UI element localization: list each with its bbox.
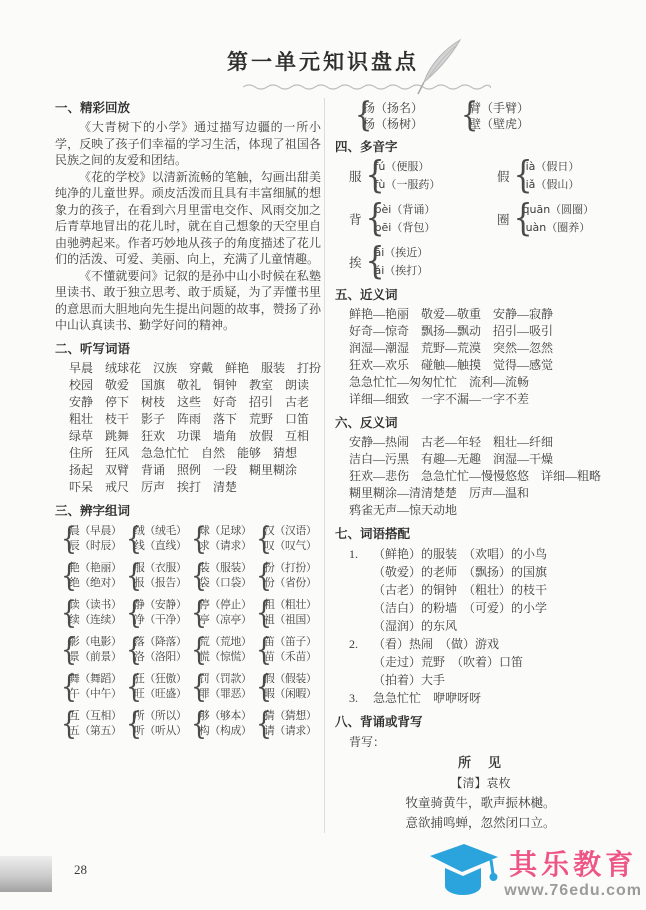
duoyinzi-row: 挨 { āi（挨近）ái（挨打）	[349, 244, 626, 280]
brace-glyph: {	[61, 705, 69, 743]
synonym-line: 详细—细致 一字不漏—一字不差	[335, 391, 626, 408]
graduation-cap-icon	[428, 844, 498, 906]
brace-glyph: {	[366, 154, 375, 199]
feather-icon	[416, 38, 468, 96]
brace-glyph: {	[461, 96, 469, 136]
synonym-line: 狂欢—欢乐 碰触—触摸 觉得—感觉	[335, 357, 626, 374]
collocation-line: （洁白）的粉墙 （可爱）的小学	[373, 599, 626, 617]
bianzi-group: {够（够本）构（构成）	[191, 709, 256, 739]
dictation-line: 粗壮 枝干 影子 阵雨 落下 荒野 口笛	[55, 411, 321, 428]
highlight-paragraph: 《花的学校》以清新流畅的笔触，勾画出甜美纯净的儿童世界。顽皮活泼而且具有丰富细腻…	[55, 169, 321, 268]
brace-glyph: {	[256, 594, 264, 632]
bianzi-group: {晨（早晨）辰（时辰）	[61, 524, 126, 554]
poem-author: 【清】袁枚	[335, 773, 626, 793]
bianzi-group: {汉（汉语）叹（叹气）	[256, 524, 321, 554]
pinyin-reading: juàn（圈养）	[523, 219, 595, 237]
pinyin-reading: quān（圆圈）	[523, 201, 595, 219]
bianzi-group: {落（降落）洛（洛阳）	[126, 635, 191, 665]
brace-glyph: {	[355, 96, 363, 136]
brace-glyph: {	[514, 197, 523, 242]
bianzi-word: 扬（扬名）	[363, 100, 423, 116]
bianzi-row: {互（互相）五（第五） {所（所以）听（听从） {够（够本）构（构成） {猜（猜…	[61, 709, 321, 739]
bianzi-group: {假（假装）暇（闲暇）	[256, 672, 321, 702]
brace-glyph: {	[126, 520, 134, 558]
item-number: 3.	[349, 689, 373, 707]
bianzi-row: {舞（舞蹈）午（中午） {狂（狂傲）旺（旺盛） {罚（罚款）罪（罪恶） {假（假…	[61, 672, 321, 702]
bianzi-row: {影（电影）景（前景） {落（降落）洛（洛阳） {荒（荒地）慌（惊慌） {笛（笛…	[61, 635, 321, 665]
worksheet-page: 第一单元知识盘点 一、精彩回放 《大青树下的小学》通过描写边疆的一所小学，反映了…	[0, 0, 646, 910]
content-columns: 一、精彩回放 《大青树下的小学》通过描写边疆的一所小学，反映了孩子们幸福的学习生…	[0, 98, 646, 833]
synonym-line: 鲜艳—艳丽 敬爱—敬重 安静—寂静	[335, 306, 626, 323]
brace-glyph: {	[191, 705, 199, 743]
section-heading-collocations: 七、词语搭配	[335, 526, 626, 542]
brand-text-block: 其乐教育 www.76edu.com	[504, 849, 642, 901]
highlight-paragraph: 《不懂就要问》记叙的是孙中山小时候在私塾里读书、敢于独立思考、敢于质疑，为了弄懂…	[55, 268, 321, 334]
dictation-line: 吓呆 戒尺 厉声 挨打 清楚	[55, 479, 321, 496]
bianzi-group: {互（互相）五（第五）	[61, 709, 126, 739]
brace-glyph: {	[126, 668, 134, 706]
dictation-line: 绿草 跳舞 狂欢 功课 墙角 放假 互相	[55, 428, 321, 445]
brace-glyph: {	[256, 668, 264, 706]
bianzi-row: {读（读书）续（连续） {静（安静）净（干净） {停（停止）亭（凉亭） {粗（粗…	[61, 598, 321, 628]
synonym-line: 润湿—潮湿 荒野—荒漠 突然—忽然	[335, 340, 626, 357]
duoyinzi-char: 假	[497, 167, 510, 185]
duoyinzi-char: 背	[349, 210, 362, 228]
brace-glyph: {	[191, 631, 199, 669]
duoyinzi-char: 服	[349, 167, 362, 185]
bianzi-row-continued: {扬（扬名）杨（杨树） {臂（手臂）壁（壁虎）	[355, 100, 626, 132]
bianzi-group: {粗（粗壮）祖（祖国）	[256, 598, 321, 628]
antonym-line: 安静—热闹 古老—年轻 粗壮—纤细	[335, 434, 626, 451]
highlight-paragraph: 《大青树下的小学》通过描写边疆的一所小学，反映了孩子们幸福的学习生活，体现了祖国…	[55, 119, 321, 169]
bianzi-group: {笛（笛子）苗（禾苗）	[256, 635, 321, 665]
antonym-line: 糊里糊涂—清清楚楚 厉声—温和	[335, 485, 626, 502]
brace-glyph: {	[191, 594, 199, 632]
duoyinzi-char: 挨	[349, 253, 362, 271]
collocation-line: （看）热闹 （做）游戏	[373, 635, 626, 653]
section-heading-synonyms: 五、近义词	[335, 287, 626, 303]
bianzi-group: {影（电影）景（前景）	[61, 635, 126, 665]
bianzi-group: {舞（舞蹈）午（中午）	[61, 672, 126, 702]
antonym-line: 狂欢—悲伤 急急忙忙—慢慢悠悠 详细—粗略	[335, 468, 626, 485]
bianzi-group: {装（服装）袋（口袋）	[191, 561, 256, 591]
brace-glyph: {	[191, 520, 199, 558]
duoyinzi-char: 圈	[497, 210, 510, 228]
brand-logo: 其乐教育 www.76edu.com	[428, 844, 642, 906]
duoyinzi-item: 服 { fú（便服）fù（一服药）	[349, 158, 497, 194]
dictation-line: 扬起 双臂 背诵 照例 一段 糊里糊涂	[55, 462, 321, 479]
duoyinzi-item: 圈 { quān（圆圈）juàn（圈养）	[497, 201, 594, 237]
duoyinzi-item: 挨 { āi（挨近）ái（挨打）	[349, 244, 497, 280]
bianzi-group: {扬（扬名）杨（杨树）	[355, 100, 461, 132]
bianzi-group: {停（停止）亭（凉亭）	[191, 598, 256, 628]
brace-glyph: {	[256, 557, 264, 595]
dictation-line: 校园 敬爱 国旗 敬礼 铜钟 教室 朗读	[55, 377, 321, 394]
duoyinzi-item: 假 { jià（假日）jiǎ（假山）	[497, 158, 579, 194]
collocation-line: （拍着）大手	[373, 671, 626, 689]
bianzi-group: {臂（手臂）壁（壁虎）	[461, 100, 567, 132]
dictation-line: 安静 停下 树枝 这些 好奇 招引 古老	[55, 394, 321, 411]
dictation-line: 早晨 绒球花 汉族 穿戴 鲜艳 服装 打扮	[55, 360, 321, 377]
brace-glyph: {	[256, 631, 264, 669]
recite-label: 背写：	[335, 733, 626, 751]
page-title: 第一单元知识盘点	[0, 46, 646, 76]
collocation-line: （古老）的铜钟 （粗壮）的枝干	[373, 581, 626, 599]
poem-line: 意欲捕鸣蝉，忽然闭口立。	[335, 813, 626, 833]
brand-url: www.76edu.com	[504, 881, 642, 901]
bianzi-group: {艳（艳丽）绝（绝对）	[61, 561, 126, 591]
brace-glyph: {	[366, 240, 375, 285]
brace-glyph: {	[191, 557, 199, 595]
antonym-line: 鸦雀无声—惊天动地	[335, 502, 626, 519]
poem-line: 牧童骑黄牛，歌声振林樾。	[335, 793, 626, 813]
bianzi-group: {罚（罚款）罪（罪恶）	[191, 672, 256, 702]
bianzi-group: {读（读书）续（连续）	[61, 598, 126, 628]
brace-glyph: {	[61, 557, 69, 595]
brace-glyph: {	[366, 197, 375, 242]
right-column: {扬（扬名）杨（杨树） {臂（手臂）壁（壁虎） 四、多音字 服 { fú（便服）…	[325, 98, 626, 833]
page-header: 第一单元知识盘点	[0, 0, 646, 98]
page-corner-bar	[0, 856, 52, 892]
collocation-line: （走过）荒野 （吹着）口笛	[373, 653, 626, 671]
collocation-line: 急急忙忙 咿咿呀呀	[373, 689, 626, 707]
bianzi-group: {荒（荒地）慌（惊慌）	[191, 635, 256, 665]
bianzi-group: {绒（绒毛）线（直线）	[126, 524, 191, 554]
collocation-line: （鲜艳）的服装 （欢唱）的小鸟	[373, 545, 626, 563]
section-heading-dictation: 二、听写词语	[55, 341, 321, 357]
brace-glyph: {	[126, 631, 134, 669]
collocation-line: （敬爱）的老师 （飘扬）的国旗	[373, 563, 626, 581]
synonym-line: 急急忙忙—匆匆忙忙 流利—流畅	[335, 374, 626, 391]
antonym-line: 洁白—污黑 有趣—无趣 润湿—干燥	[335, 451, 626, 468]
bianzi-row: {晨（早晨）辰（时辰） {绒（绒毛）线（直线） {球（足球）求（请求） {汉（汉…	[61, 524, 321, 554]
duoyinzi-row: 背 { bèi（背诵）bēi（背包） 圈 { quān（圆圈）juàn（圈养）	[349, 201, 626, 237]
bianzi-word: 杨（杨树）	[363, 116, 423, 132]
bianzi-group: {扮（打扮）份（省份）	[256, 561, 321, 591]
poem: 所 见 【清】袁枚 牧童骑黄牛，歌声振林樾。 意欲捕鸣蝉，忽然闭口立。	[335, 753, 626, 833]
brace-glyph: {	[126, 705, 134, 743]
brace-glyph: {	[126, 594, 134, 632]
collocation-item: 3. 急急忙忙 咿咿呀呀	[335, 689, 626, 707]
brace-glyph: {	[256, 705, 264, 743]
section-heading-distinguish: 三、辨字组词	[55, 503, 321, 519]
poem-title: 所 见	[335, 753, 626, 773]
duoyinzi-row: 服 { fú（便服）fù（一服药） 假 { jià（假日）jiǎ（假山）	[349, 158, 626, 194]
bianzi-group: {狂（狂傲）旺（旺盛）	[126, 672, 191, 702]
brace-glyph: {	[191, 668, 199, 706]
bianzi-group: {静（安静）净（干净）	[126, 598, 191, 628]
bianzi-group: {所（所以）听（听从）	[126, 709, 191, 739]
brace-glyph: {	[256, 520, 264, 558]
brace-glyph: {	[61, 631, 69, 669]
bianzi-group: {猜（猜想）请（请求）	[256, 709, 321, 739]
bianzi-group: {球（足球）求（请求）	[191, 524, 256, 554]
dictation-line: 住所 狂风 急急忙忙 自然 能够 猜想	[55, 445, 321, 462]
brace-glyph: {	[61, 594, 69, 632]
page-number: 28	[74, 862, 87, 878]
bianzi-word: 壁（壁虎）	[469, 116, 529, 132]
synonym-line: 好奇—惊奇 飘扬—飘动 招引—吸引	[335, 323, 626, 340]
duoyinzi-item: 背 { bèi（背诵）bēi（背包）	[349, 201, 497, 237]
brace-glyph: {	[126, 557, 134, 595]
section-heading-antonyms: 六、反义词	[335, 415, 626, 431]
left-column: 一、精彩回放 《大青树下的小学》通过描写边疆的一所小学，反映了孩子们幸福的学习生…	[55, 98, 321, 833]
brand-name: 其乐教育	[509, 849, 637, 881]
brace-glyph: {	[61, 520, 69, 558]
bianzi-group: {服（衣服）报（报告）	[126, 561, 191, 591]
collocation-item: 1. （鲜艳）的服装 （欢唱）的小鸟 （敬爱）的老师 （飘扬）的国旗 （古老）的…	[335, 545, 626, 635]
section-heading-highlights: 一、精彩回放	[55, 100, 321, 116]
bianzi-word: 臂（手臂）	[469, 100, 529, 116]
item-number: 2.	[349, 635, 373, 689]
bianzi-row: {艳（艳丽）绝（绝对） {服（衣服）报（报告） {装（服装）袋（口袋） {扮（打…	[61, 561, 321, 591]
brace-glyph: {	[514, 154, 523, 199]
brace-glyph: {	[61, 668, 69, 706]
collocation-line: （湿润）的东风	[373, 617, 626, 635]
section-heading-recite: 八、背诵或背写	[335, 714, 626, 730]
collocation-item: 2. （看）热闹 （做）游戏 （走过）荒野 （吹着）口笛 （拍着）大手	[335, 635, 626, 689]
item-number: 1.	[349, 545, 373, 635]
